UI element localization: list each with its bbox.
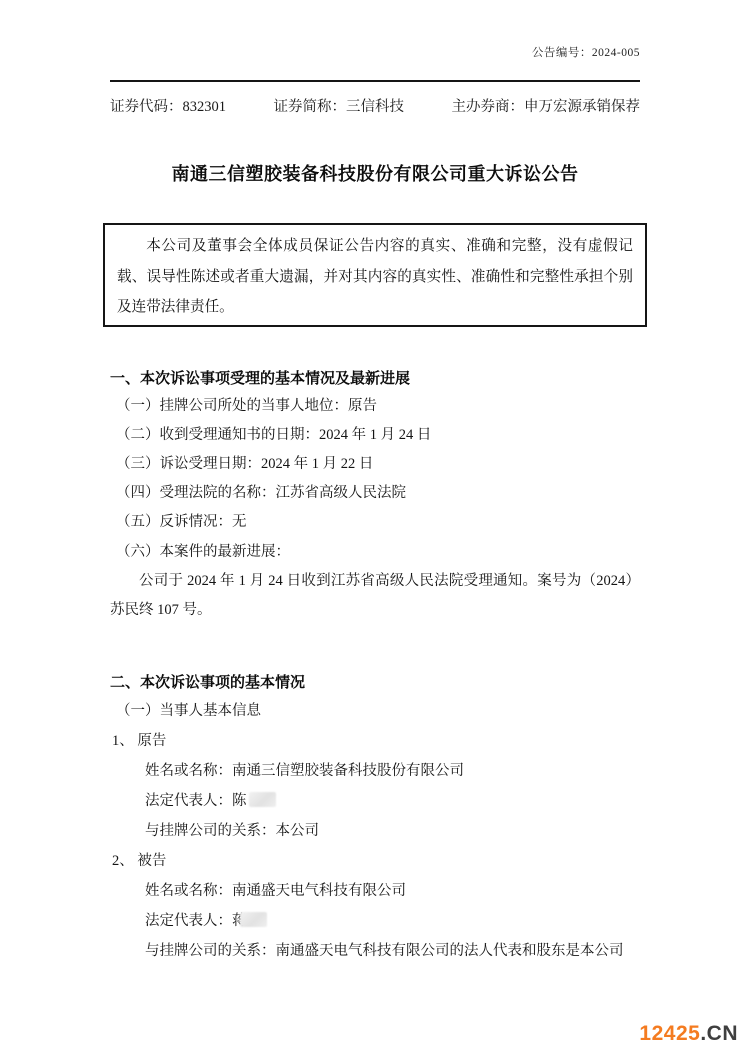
header-divider-rule bbox=[110, 80, 640, 82]
document-title: 南通三信塑胶装备科技股份有限公司重大诉讼公告 bbox=[110, 160, 640, 186]
latest-progress-paragraph: 公司于 2024 年 1 月 24 日收到江苏省高级人民法院受理通知。案号为（2… bbox=[110, 567, 640, 626]
defendant-legal-representative-text: 法定代表人：蒋 bbox=[145, 913, 247, 929]
announcement-number: 公告编号：2024-005 bbox=[110, 0, 640, 60]
board-disclaimer-text: 本公司及董事会全体成员保证公告内容的真实、准确和完整，没有虚假记载、误导性陈述或… bbox=[117, 238, 633, 315]
case-acceptance-date: （三）诉讼受理日期：2024 年 1 月 22 日 bbox=[110, 450, 640, 479]
plaintiff-name: 姓名或名称：南通三信塑胶装备科技股份有限公司 bbox=[110, 756, 640, 786]
notice-received-date: （二）收到受理通知书的日期：2024 年 1 月 24 日 bbox=[110, 421, 640, 450]
defendant-label: 2、 被告 bbox=[110, 846, 640, 876]
litigation-party-position: （一）挂牌公司所处的当事人地位：原告 bbox=[110, 392, 640, 421]
defendant-name: 姓名或名称：南通盛天电气科技有限公司 bbox=[110, 876, 640, 906]
parties-info-block: （一）当事人基本信息 1、 原告 姓名或名称：南通三信塑胶装备科技股份有限公司 … bbox=[110, 696, 640, 966]
securities-header-row: 证券代码：832301 证券简称：三信科技 主办券商：申万宏源承销保荐 bbox=[110, 95, 640, 116]
site-watermark-logo: 12425.CN bbox=[639, 1022, 738, 1046]
section-1-items: （一）挂牌公司所处的当事人地位：原告 （二）收到受理通知书的日期：2024 年 … bbox=[110, 392, 640, 567]
stock-code: 证券代码：832301 bbox=[110, 95, 226, 116]
plaintiff-label: 1、 原告 bbox=[110, 726, 640, 756]
redaction-blur bbox=[240, 912, 267, 927]
board-disclaimer-box: 本公司及董事会全体成员保证公告内容的真实、准确和完整，没有虚假记载、误导性陈述或… bbox=[103, 223, 647, 327]
plaintiff-legal-representative: 法定代表人：陈 bbox=[110, 786, 640, 816]
latest-progress-label: （六）本案件的最新进展： bbox=[110, 538, 640, 567]
defendant-legal-representative: 法定代表人：蒋 bbox=[110, 906, 640, 936]
site-watermark-suffix: .CN bbox=[700, 1022, 738, 1045]
defendant-relation: 与挂牌公司的关系：南通盛天电气科技有限公司的法人代表和股东是本公司 bbox=[110, 936, 640, 966]
redaction-blur bbox=[249, 792, 276, 807]
stock-short-name: 证券简称：三信科技 bbox=[274, 95, 405, 116]
site-watermark-number: 12425 bbox=[639, 1022, 700, 1045]
announcement-document-page: 公告编号：2024-005 证券代码：832301 证券简称：三信科技 主办券商… bbox=[0, 0, 747, 1057]
section-2-heading: 二、本次诉讼事项的基本情况 bbox=[110, 673, 640, 693]
counterclaim-status: （五）反诉情况：无 bbox=[110, 508, 640, 537]
plaintiff-legal-representative-text: 法定代表人：陈 bbox=[145, 793, 247, 809]
plaintiff-relation: 与挂牌公司的关系：本公司 bbox=[110, 816, 640, 846]
accepting-court-name: （四）受理法院的名称：江苏省高级人民法院 bbox=[110, 479, 640, 508]
section-1-heading: 一、本次诉讼事项受理的基本情况及最新进展 bbox=[110, 369, 640, 389]
sponsor-broker: 主办券商：申万宏源承销保荐 bbox=[452, 95, 641, 116]
parties-info-subheading: （一）当事人基本信息 bbox=[110, 696, 640, 726]
